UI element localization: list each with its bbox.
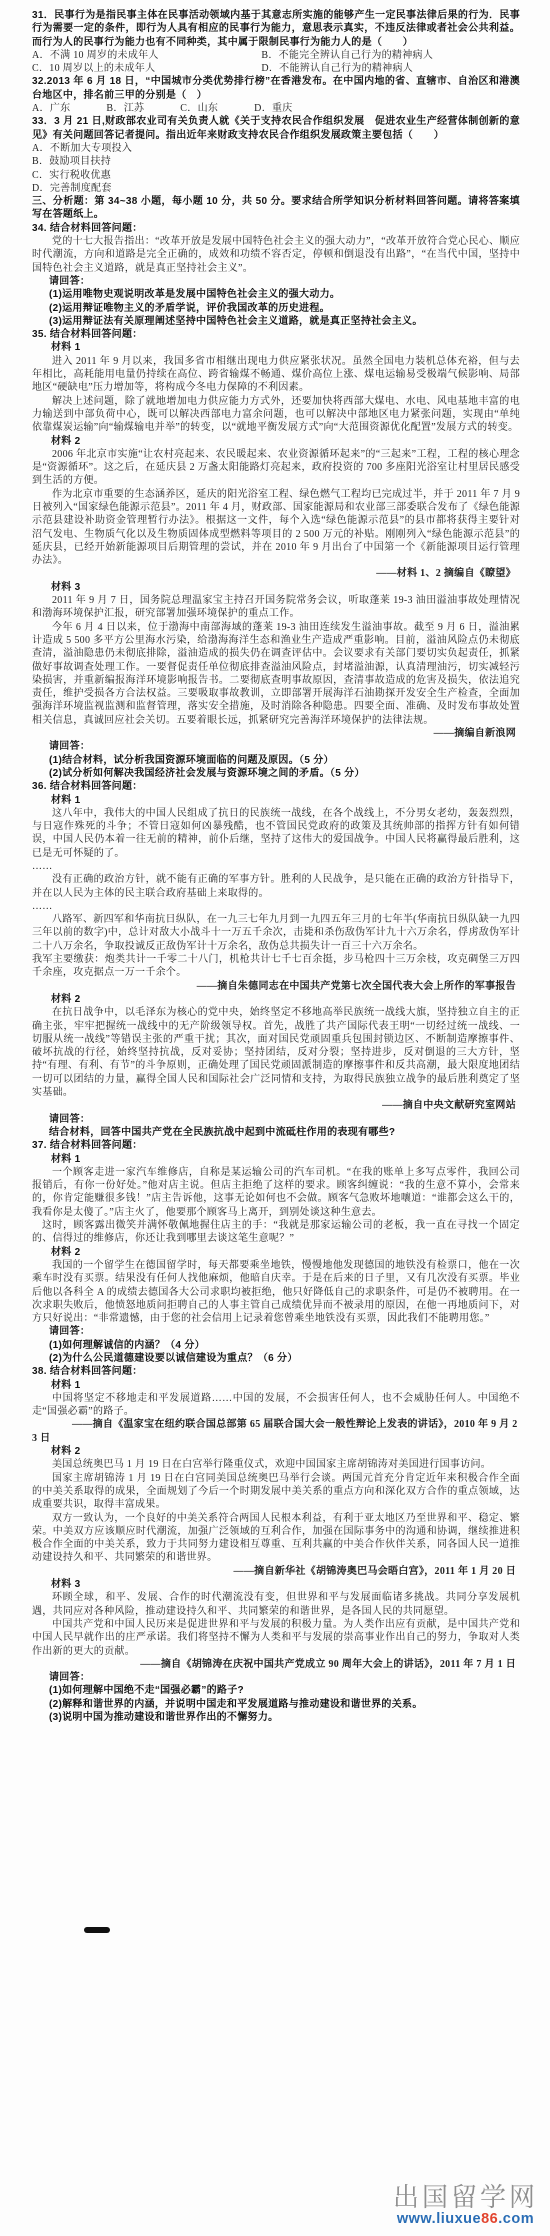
sub-question: (3)运用辩证法有关原理阐述坚持中国特色社会主义道路，就是真正坚持社会主义。: [49, 315, 520, 328]
option-group: A．广东B．江苏C．山东D．重庆: [32, 102, 520, 115]
material-label: 材料 3: [51, 1578, 520, 1591]
material-label: 材料 1: [51, 794, 520, 807]
sub-question: (1)运用唯物史观说明改革是发展中国特色社会主义的强大动力。: [49, 288, 520, 301]
watermark-url-prefix: www.liuxue: [397, 2211, 481, 2227]
material-paragraph: 解决上述问题，除了就地增加电力供应能力方式外，还要加快将西部大煤电、水电、风电基…: [32, 395, 520, 435]
question-header: 34. 结合材料回答问题：: [32, 222, 520, 235]
material-paragraph: 八路军、新四军和华南抗日纵队，在一九三七年九月到一九四五年三月的七年半(华南抗日…: [32, 913, 520, 953]
answer-prompt: 请回答：: [49, 1113, 520, 1126]
sub-question: (2)解释和谐世界的内涵，并说明中国走和平发展道路与推动建设和谐世界的关系。: [49, 1698, 520, 1711]
sub-question: (1)结合材料，试分析我国资源环境面临的问题及原因。（5 分）: [49, 754, 520, 767]
material-paragraph: 中国共产党和中国人民历来是促进世界和平与发展的积极力量。为人类作出应有贡献，是中…: [32, 1618, 520, 1658]
sub-question: (3)说明中国为推动建设和谐世界作出的不懈努力。: [49, 1711, 520, 1724]
option: B．鼓励项目扶持: [32, 155, 520, 168]
material-paragraph: 没有正确的政治方针，就不能有正确的军事方针。胜利的人民战争，是只能在正确的政治方…: [32, 873, 520, 900]
option: A．不断加大专项投入: [32, 142, 520, 155]
sub-question: (2)试分析如何解决我国经济社会发展与资源环境之间的矛盾。（5 分）: [49, 767, 520, 780]
option: C．实行税收优惠: [32, 169, 520, 182]
material-paragraph: 一个顾客走进一家汽车维修店，自称是某运输公司的汽车司机。“在我的账单上多写点零件…: [32, 1166, 520, 1219]
watermark-site-name: 出国留学网: [393, 2183, 538, 2212]
material-paragraph: 在抗日战争中，以毛泽东为核心的党中央，始终坚定不移地高举民族统一战线大旗，坚持独…: [32, 1006, 520, 1099]
material-label: 材料 1: [51, 341, 520, 354]
option: D．重庆: [254, 102, 292, 115]
watermark-url-suffix: .com: [498, 2211, 534, 2227]
material-paragraph: 2006 年北京市实施“让农村亮起来、农民暖起来、农业资源循环起来”的“三起来”…: [32, 448, 520, 488]
material-label: 材料 2: [51, 435, 520, 448]
material-paragraph: 环顾全球，和平、发展、合作的时代潮流没有变，但世界和平与发展面临诸多挑战。共同分…: [32, 1591, 520, 1618]
material-label: 材料 2: [51, 993, 520, 1006]
source-attribution: ——材料 1、2 摘编自《瞭望》: [32, 567, 520, 580]
answer-prompt: 请回答：: [49, 1671, 520, 1684]
question-stem: 31．民事行为是指民事主体在民事活动领域内基于其意志所实施的能够产生一定民事法律…: [32, 9, 520, 49]
option: C．山东: [180, 102, 218, 115]
sub-question: (2)为什么公民道德建设要以诚信建设为重点？（6 分）: [49, 1352, 520, 1365]
question-header: 36. 结合材料回答问题：: [32, 780, 520, 793]
option: D．不能辨认自己行为的精神病人: [261, 62, 520, 75]
option: B．江苏: [106, 102, 144, 115]
sub-question: (2)运用辩证唯物主义的矛盾学说，评价我国改革的历史进程。: [49, 302, 520, 315]
material-paragraph: 这时，顾客露出微笑并满怀敬佩地握住店主的手：“我就是那家运输公司的老板，我一直在…: [32, 1219, 520, 1246]
answer-prompt: 请回答：: [49, 1325, 520, 1338]
option: C．10 周岁以上的未成年人: [32, 62, 261, 75]
option: A．广东: [32, 102, 70, 115]
material-label: 材料 2: [51, 1445, 520, 1458]
option-group: A．不满 10 周岁的未成年人B．不能完全辨认自己行为的精神病人C．10 周岁以…: [32, 49, 520, 76]
sub-question: (1)如何理解诚信的内涵？（4 分）: [49, 1339, 520, 1352]
source-attribution: ——摘自朱德同志在中国共产党第七次全国代表大会上所作的军事报告: [32, 980, 520, 993]
source-attribution: ——摘自《温家宝在纽约联合国总部第 65 届联合国大会一般性辩论上发表的讲话》，…: [32, 1418, 520, 1445]
sub-question: (1)如何理解中国绝不走“国强必霸”的路子?: [49, 1684, 520, 1697]
material-paragraph: 2011 年 9 月 7 日，国务院总理温家宝主持召开国务院常务会议，听取蓬莱 …: [32, 594, 520, 621]
option: B．不能完全辨认自己行为的精神病人: [261, 49, 520, 62]
ellipsis-line: ……: [32, 860, 520, 873]
material-paragraph: 中国将坚定不移地走和平发展道路……中国的发展，不会损害任何人，也不会威胁任何人。…: [32, 1392, 520, 1419]
material-paragraph: 国家主席胡锦涛 1 月 19 日在白宫同美国总统奥巴马举行会谈。两国元首充分肯定…: [32, 1472, 520, 1512]
material-paragraph: 我国的一个留学生在德国留学时，每天都要乘坐地铁，慢慢地他发现德国的地铁没有检票口…: [32, 1259, 520, 1325]
answer-prompt: 请回答：: [49, 740, 520, 753]
question-stem: 32.2013 年 6 月 18 日，“中国城市分类优势排行榜”在香港发布。在中…: [32, 75, 520, 102]
material-label: 材料 2: [51, 1246, 520, 1259]
source-attribution: ——摘自中央文献研究室网站: [32, 1099, 520, 1112]
sub-question: 结合材料，回答中国共产党在全民族抗战中起到中流砥柱作用的表现有哪些?: [49, 1126, 520, 1139]
material-label: 材料 1: [51, 1153, 520, 1166]
watermark: 出国留学网 www.liuxue86.com: [393, 2183, 538, 2228]
exam-body: 31．民事行为是指民事主体在民事活动领域内基于其意志所实施的能够产生一定民事法律…: [32, 9, 520, 1724]
watermark-url-number: 86: [481, 2211, 498, 2227]
material-paragraph: 今年 6 月 4 日以来，位于渤海中南部海域的蓬莱 19-3 油田连续发生溢油事…: [32, 621, 520, 727]
question-stem: 33．3 月 21 日,财政部农业司有关负责人就《关于支持农民合作组织发展 促进…: [32, 115, 520, 142]
source-attribution: ——摘编自新浪网: [32, 727, 520, 740]
source-attribution: ——摘自《胡锦涛在庆祝中国共产党成立 90 周年大会上的讲话》，2011 年 7…: [32, 1658, 520, 1671]
scan-artifact: [84, 1927, 110, 1933]
material-paragraph: 作为北京市重要的生态涵养区，延庆的阳光浴室工程、绿色燃气工程均已完成过半，并于 …: [32, 488, 520, 568]
ellipsis-line: ……: [32, 900, 520, 913]
material-paragraph: 我军主要缴获：炮类共计一千零二十八门，机枪共计七千七百余挺，步马枪四十三万余枝，…: [32, 953, 520, 980]
option-group: A．不断加大专项投入B．鼓励项目扶持C．实行税收优惠D．完善制度配套: [32, 142, 520, 195]
answer-prompt: 请回答：: [49, 275, 520, 288]
material-label: 材料 1: [51, 1379, 520, 1392]
watermark-site-url: www.liuxue86.com: [393, 2212, 538, 2228]
option: D．完善制度配套: [32, 182, 520, 195]
material-paragraph: 这八年中，我伟大的中国人民组成了抗日的民族统一战线，在各个战线上，不分男女老幼，…: [32, 807, 520, 860]
option: A．不满 10 周岁的未成年人: [32, 49, 261, 62]
material-paragraph: 进入 2011 年 9 月以来，我国多省市相继出现电力供应紧张状况。虽然全国电力…: [32, 355, 520, 395]
section-header: 三、分析题：第 34~38 小题，每小题 10 分，共 50 分。要求结合所学知…: [32, 195, 520, 222]
material-paragraph: 美国总统奥巴马 1 月 19 日在白宫举行隆重仪式，欢迎中国国家主席胡锦涛对美国…: [32, 1458, 520, 1471]
material-paragraph: 双方一致认为，一个良好的中美关系符合两国人民根本利益，有利于亚太地区乃至世界和平…: [32, 1512, 520, 1565]
question-header: 37. 结合材料回答问题：: [32, 1139, 520, 1152]
source-attribution: ——摘自新华社《胡锦涛奥巴马会晤白宫》，2011 年 1 月 20 日: [32, 1565, 520, 1578]
material-paragraph: 党的十七大报告指出：“改革开放是发展中国特色社会主义的强大动力”，“改革开放符合…: [32, 235, 520, 275]
question-header: 35. 结合材料回答问题：: [32, 328, 520, 341]
material-label: 材料 3: [51, 581, 520, 594]
exam-document-page: 31．民事行为是指民事主体在民事活动领域内基于其意志所实施的能够产生一定民事法律…: [0, 0, 550, 2236]
question-header: 38. 结合材料回答问题：: [32, 1365, 520, 1378]
